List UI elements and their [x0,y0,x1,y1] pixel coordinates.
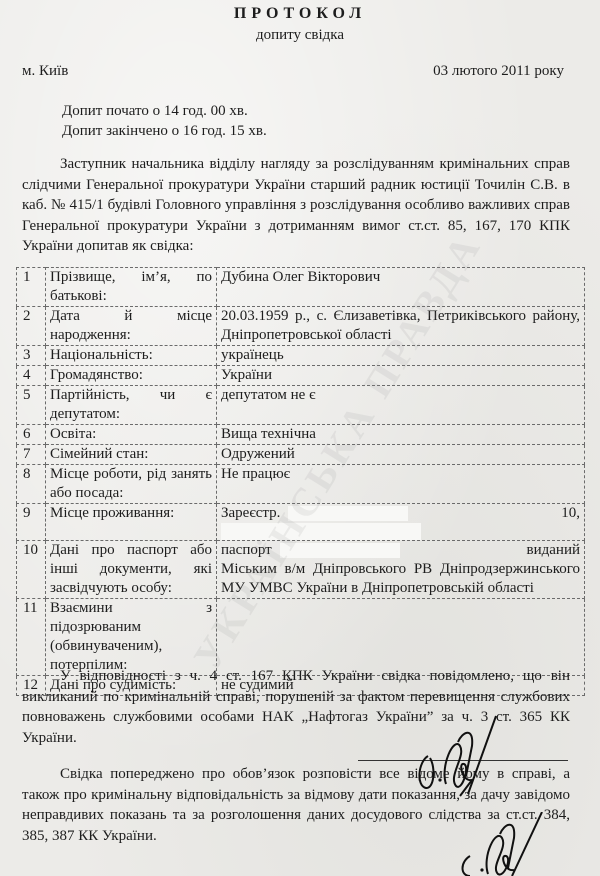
row-label: Прізвище, ім’я, по батькові: [46,268,217,307]
signature-icon [400,706,500,798]
row-value: 10,Зареєстр. [217,504,585,541]
intro-paragraph: Заступник начальника відділу нагляду за … [22,154,570,257]
row-value-suffix: виданий [527,541,580,560]
table-row: 10Дані про паспорт або інші документи, я… [17,541,585,599]
row-label: Дані про паспорт або інші документи, які… [46,541,217,599]
row-number: 8 [17,465,46,504]
table-row: 8Місце роботи, рід занять або посада:Не … [17,465,585,504]
date: 03 лютого 2011 року [433,63,564,80]
row-value: виданийпаспортМіським в/м Дніпровського … [217,541,585,599]
row-label: Громадянство: [46,366,217,386]
row-number: 3 [17,346,46,366]
row-value: Не працює [217,465,585,504]
row-label: Місце роботи, рід занять або посада: [46,465,217,504]
row-value-text: Зареєстр. [221,505,280,521]
table-row: 2Дата й місце народження:20.03.1959 р., … [17,307,585,346]
table-row: 9Місце проживання:10,Зареєстр. [17,504,585,541]
row-number: 7 [17,445,46,465]
row-value-text: паспорт [221,542,272,558]
witness-info-table: 1Прізвище, ім’я, по батькові:Дубина Олег… [16,267,585,696]
row-number: 11 [17,599,46,676]
row-value: 20.03.1959 р., с. Єлизаветівка, Петриків… [217,307,585,346]
row-number: 5 [17,386,46,425]
row-label: Освіта: [46,425,217,445]
table-row: 11Взаємини з підозрюваним (обвинуваченим… [17,599,585,676]
row-number: 10 [17,541,46,599]
row-value: Одружений [217,445,585,465]
place: м. Київ [22,63,68,80]
row-label: Національність: [46,346,217,366]
table-row: 6Освіта:Вища технічна [17,425,585,445]
row-value: України [217,366,585,386]
table-row: 4Громадянство:України [17,366,585,386]
row-number: 4 [17,366,46,386]
row-value-rest: Міським в/м Дніпровського РВ Дніпродзерж… [221,560,580,598]
table-row: 7Сімейний стан:Одружений [17,445,585,465]
start-time: Допит почато о 14 год. 00 хв. [62,103,248,120]
redacted-area [221,523,421,540]
row-label: Взаємини з підозрюваним (обвинуваченим),… [46,599,217,676]
table-row: 3Національність:українець [17,346,585,366]
redacted-area [288,506,408,521]
row-value-suffix: 10, [561,504,580,523]
end-time: Допит закінчено о 16 год. 15 хв. [62,123,267,140]
document-title: ПРОТОКОЛ [0,5,600,23]
row-value: Вища технічна [217,425,585,445]
row-value: депутатом не є [217,386,585,425]
row-number: 6 [17,425,46,445]
document-page: ПРОТОКОЛ допиту свідка м. Київ 03 лютого… [0,0,600,876]
row-value: Дубина Олег Вікторович [217,268,585,307]
row-number: 2 [17,307,46,346]
row-label: Партійність, чи є депутатом: [46,386,217,425]
row-label: Сімейний стан: [46,445,217,465]
row-value: українець [217,346,585,366]
row-label: Місце проживання: [46,504,217,541]
document-subtitle: допиту свідка [0,27,600,44]
row-value [217,599,585,676]
table-row: 1Прізвище, ім’я, по батькові:Дубина Олег… [17,268,585,307]
row-number: 9 [17,504,46,541]
row-label: Дата й місце народження: [46,307,217,346]
signature-icon [452,812,552,876]
row-number: 1 [17,268,46,307]
redacted-area [280,543,400,558]
table-row: 5Партійність, чи є депутатом:депутатом н… [17,386,585,425]
